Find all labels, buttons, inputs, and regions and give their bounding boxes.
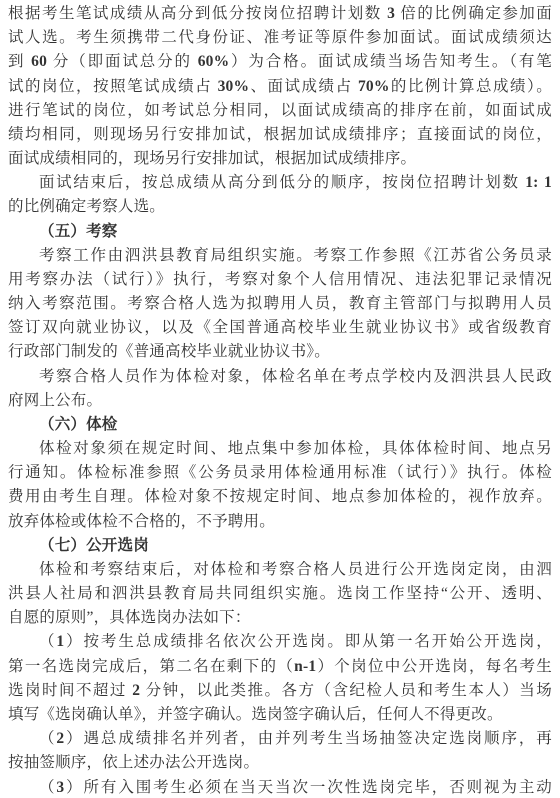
section-heading: （五）考察 [8,220,552,244]
text-line: 绩均相同，则现场另行安排加试，根据加试成绩排序；直接面试的岗位， [8,123,552,147]
text-line: 试人选。考生须携带二代身份证、准考证等原件参加面试。面试成绩须达 [8,26,552,50]
text-line: （1）按考生总成绩排名依次公开选岗。即从第一名开始公开选岗， [8,630,552,654]
text-line: 进行笔试的岗位，如考试总分相同，以面试成绩高的排序在前，如面试成 [8,99,552,123]
text-line: 的比例确定考察人选。 [8,195,552,219]
text-line: 放弃体检或体检不合格的，不予聘用。 [8,510,552,534]
text-line: 根据考生笔试成绩从高分到低分按岗位招聘计划数 3 倍的比例确定参加面 [8,2,552,26]
text-line: 行通知。体检标准参照《公务员录用体检通用标准（试行）》执行。体检 [8,461,552,485]
text-line: 面试结束后，按总成绩从高分到低分的顺序，按岗位招聘计划数 1: 1 [8,171,552,195]
text-line: 体检对象须在规定时间、地点集中参加体检，具体体检时间、地点另 [8,437,552,461]
text-line: 纳入考察范围。考察合格人选为拟聘用人员，教育主管部门与拟聘用人员 [8,292,552,316]
document-text-body: 根据考生笔试成绩从高分到低分按岗位招聘计划数 3 倍的比例确定参加面试人选。考生… [0,0,560,798]
text-line: 考察合格人员作为体检对象，体检名单在考点学校内及泗洪县人民政 [8,365,552,389]
text-line: 选岗时间不超过 2 分钟，以此类推。各方（含纪检人员和考生本人）当场 [8,679,552,703]
text-line: 面试成绩相同的，现场另行安排加试，根据加试成绩排序。 [8,147,552,171]
text-line: 费用由考生自理。体检对象不按规定时间、地点参加体检的，视作放弃。 [8,485,552,509]
text-line: 试的岗位，按照笔试成绩占 30%、面试成绩占 70%的比例计算总成绩）。 [8,75,552,99]
document-page: 根据考生笔试成绩从高分到低分按岗位招聘计划数 3 倍的比例确定参加面试人选。考生… [0,0,560,798]
text-line: （2）遇总成绩排名并列者，由并列考生当场抽签决定选岗顺序，再 [8,727,552,751]
text-line: 行政部门制发的《普通高校毕业就业协议书》。 [8,340,552,364]
text-line: 第一名选岗完成后，第二名在剩下的（n-1）个岗位中公开选岗，每名考生 [8,655,552,679]
text-line: 用考察办法（试行）》执行，考察对象个人信用情况、违法犯罪记录情况 [8,268,552,292]
text-line: 自愿的原则”，具体选岗办法如下： [8,606,552,630]
text-line: 填写《选岗确认单》，并签字确认。选岗签字确认后，任何人不得更改。 [8,703,552,727]
text-line: 洪县人社局和泗洪县教育局共同组织实施。选岗工作坚持“公开、透明、 [8,582,552,606]
text-line: 按抽签顺序，依上述办法公开选岗。 [8,751,552,775]
section-heading: （六）体检 [8,413,552,437]
text-line: 签订双向就业协议，以及《全国普通高校毕业生就业协议书》或省级教育 [8,316,552,340]
section-heading: （七）公开选岗 [8,534,552,558]
text-line: 体检和考察结束后，对体检和考察合格人员进行公开选岗定岗，由泗 [8,558,552,582]
text-line: 到 60 分（即面试总分的 60%）为合格。面试成绩当场告知考生。（有笔 [8,50,552,74]
text-line: 府网上公布。 [8,389,552,413]
text-line: （3）所有入围考生必须在当天当次一次性选岗完毕，否则视为主动 [8,776,552,798]
text-line: 考察工作由泗洪县教育局组织实施。考察工作参照《江苏省公务员录 [8,244,552,268]
